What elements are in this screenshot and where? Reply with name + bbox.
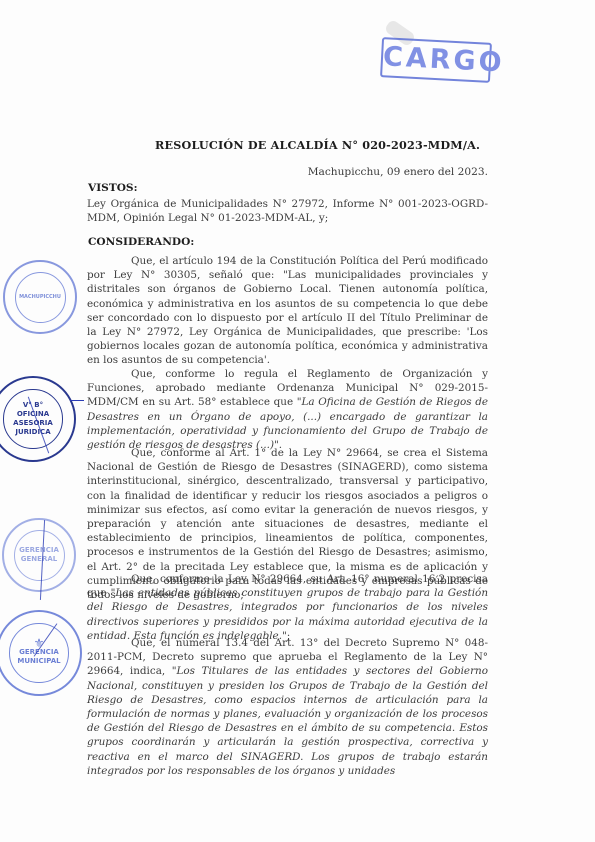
document-page: CARGO RESOLUCIÓN DE ALCALDÍA N° 020-2023… — [0, 0, 595, 842]
municipal-seal: MACHUPICCHU — [3, 260, 77, 334]
vistos-text: Ley Orgánica de Municipalidades N° 27972… — [87, 197, 488, 225]
considerando-paragraph: Que, el numeral 13.4 del Art. 13° del De… — [87, 636, 488, 778]
cargo-stamp: CARGO — [380, 37, 492, 83]
signature-stroke — [70, 400, 84, 401]
considerando-heading: CONSIDERANDO: — [88, 236, 194, 248]
resolution-date: Machupicchu, 09 enero del 2023. — [308, 166, 488, 178]
resolution-title: RESOLUCIÓN DE ALCALDÍA N° 020-2023-MDM/A… — [155, 138, 480, 152]
considerando-paragraph: Que, conforme la Ley N° 29664, su Art. 1… — [87, 572, 488, 643]
gerencia-general-seal: GERENCIA GENERAL — [2, 518, 76, 592]
considerando-paragraph: Que, conforme lo regula el Reglamento de… — [87, 367, 488, 452]
considerando-paragraph: Que, el artículo 194 de la Constitución … — [87, 254, 488, 368]
vistos-heading: VISTOS: — [88, 182, 138, 194]
gerencia-municipal-seal: ⚜ GERENCIA MUNICIPAL — [0, 610, 82, 696]
seal-emblem-icon: MACHUPICCHU — [15, 272, 66, 323]
asesoria-juridica-seal: V° B° OFICINA ASESORIA JURIDICA — [0, 376, 76, 462]
